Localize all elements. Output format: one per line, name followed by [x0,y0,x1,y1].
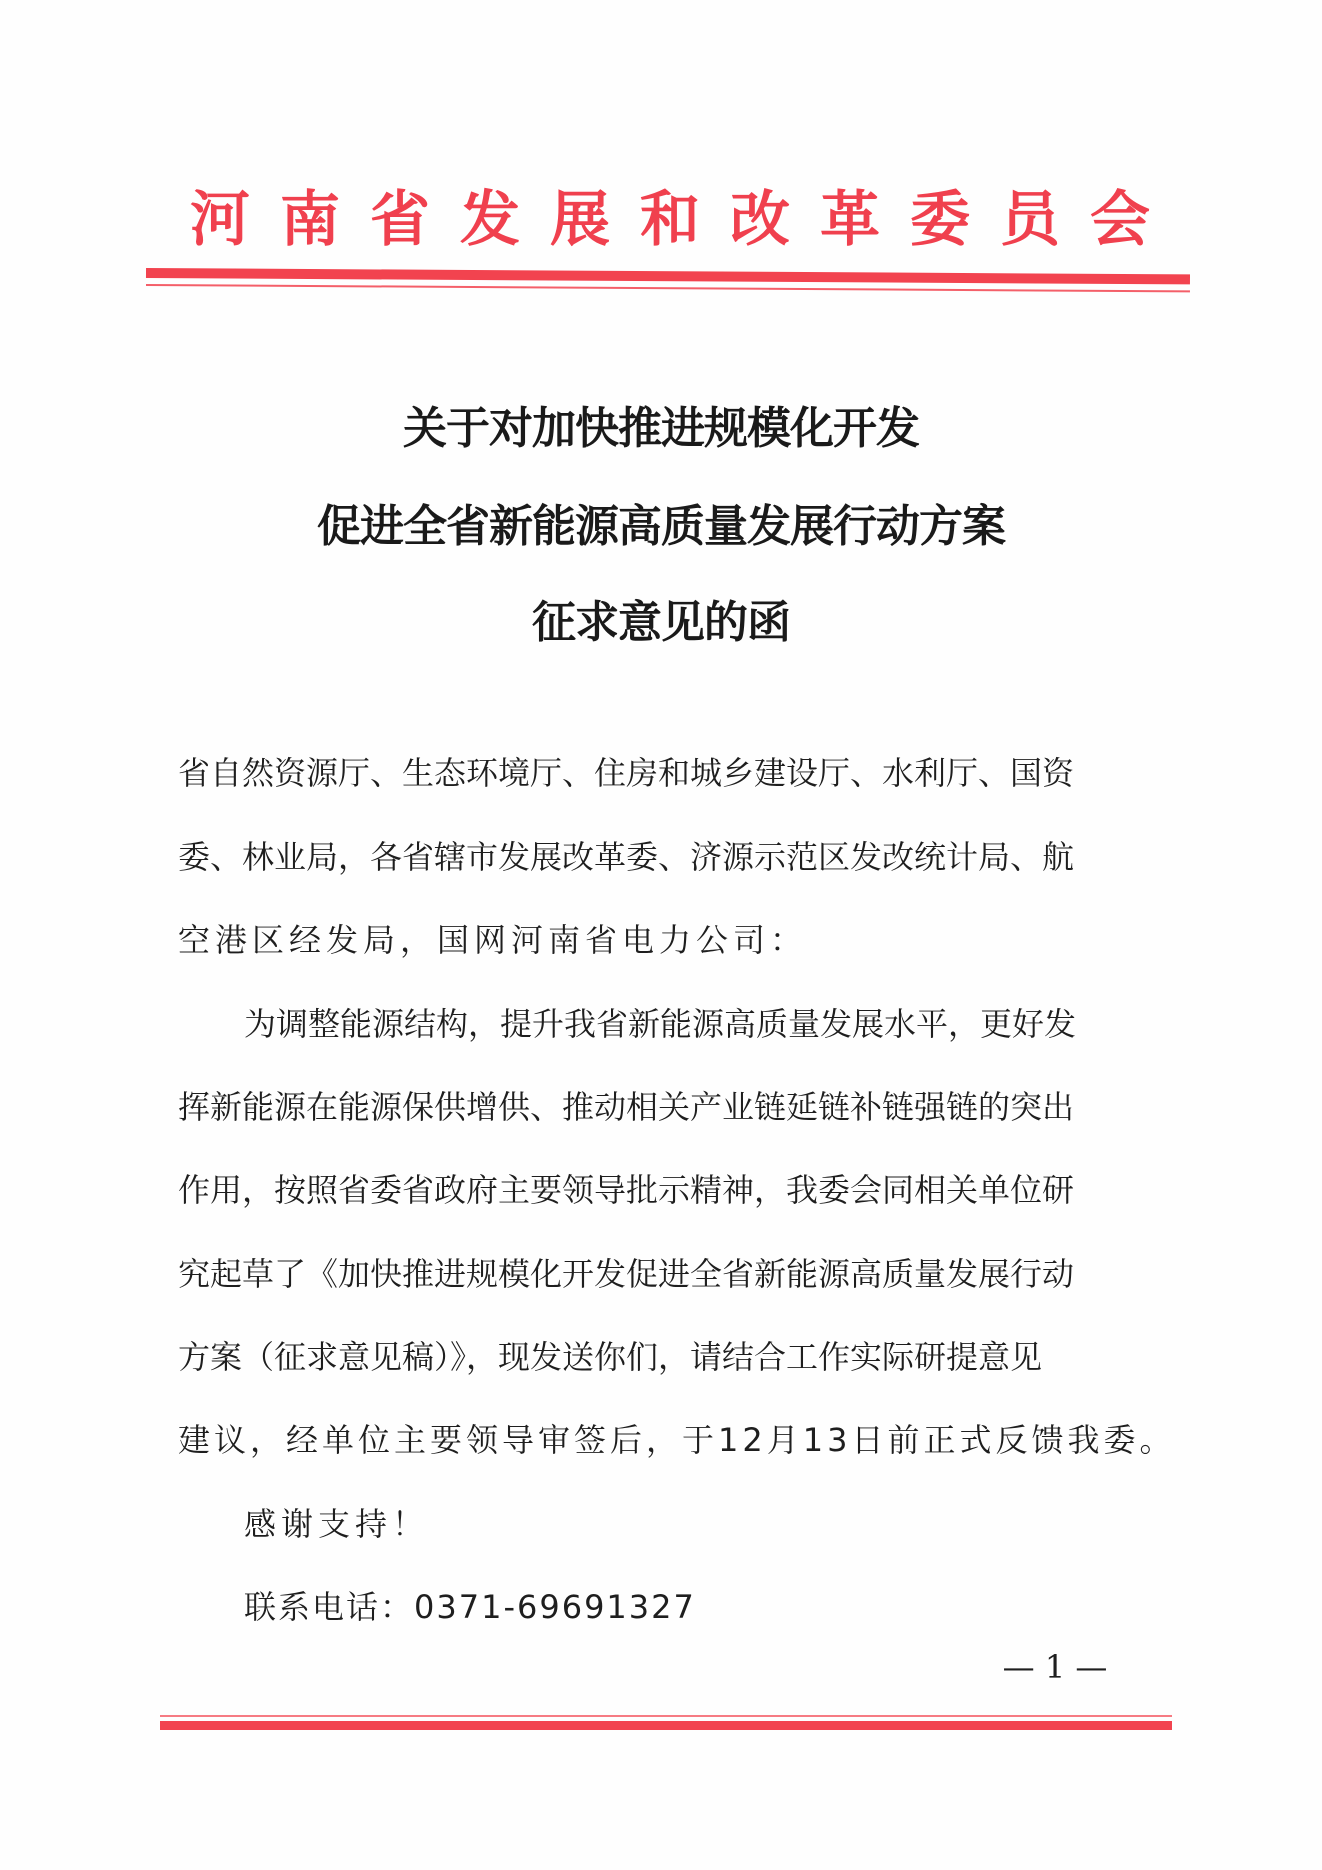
contact-phone: 联系电话：0371-69691327 [244,1587,1150,1627]
letterhead-char: 员 [1000,172,1060,258]
paragraph-line-6: 建议，经单位主要领导审签后，于12月13日前正式反馈我委。 [178,1420,1150,1460]
paragraph-line-4: 究起草了《加快推进规模化开发促进全省新能源高质量发展行动 [178,1254,1150,1294]
letterhead-char: 河 [190,172,250,258]
letterhead-char: 革 [820,172,880,258]
recipients-line-3: 空港区经发局，国网河南省电力公司： [178,920,1150,960]
doc-title-line-1: 关于对加快推进规模化开发 [0,392,1322,456]
footer-rule-thin [160,1715,1172,1717]
paragraph-line-2: 挥新能源在能源保供增供、推动相关产业链延链补链强链的突出 [178,1087,1150,1127]
letterhead-char: 展 [550,172,610,258]
footer-rule-thick [160,1721,1172,1730]
letterhead-char: 委 [910,172,970,258]
doc-title-line-3: 征求意见的函 [0,586,1322,650]
thanks-line: 感谢支持！ [244,1504,1150,1544]
letterhead-rule-thick [146,268,1190,284]
letterhead-char: 发 [460,172,520,258]
letterhead-char: 和 [640,172,700,258]
letterhead-char: 改 [730,172,790,258]
paragraph-line-1: 为调整能源结构，提升我省新能源高质量发展水平，更好发 [244,1004,1150,1044]
letterhead-char: 南 [280,172,340,258]
document-page: 河 南 省 发 展 和 改 革 委 员 会 关于对加快推进规模化开发 促进全省新… [0,0,1322,1870]
letterhead-char: 省 [370,172,430,258]
recipients-line-2: 委、林业局，各省辖市发展改革委、济源示范区发改统计局、航 [178,837,1150,877]
page-number: — 1 — [1000,1648,1110,1686]
letterhead-rule-thin [146,284,1190,292]
recipients-line-1: 省自然资源厅、生态环境厅、住房和城乡建设厅、水利厅、国资 [178,753,1150,793]
doc-title-line-2: 促进全省新能源高质量发展行动方案 [0,490,1322,554]
paragraph-line-5: 方案（征求意见稿）》，现发送你们，请结合工作实际研提意见 [178,1337,1150,1377]
paragraph-line-3: 作用，按照省委省政府主要领导批示精神，我委会同相关单位研 [178,1170,1150,1210]
letterhead-char: 会 [1090,172,1150,258]
letterhead-org-name: 河 南 省 发 展 和 改 革 委 员 会 [150,170,1190,260]
